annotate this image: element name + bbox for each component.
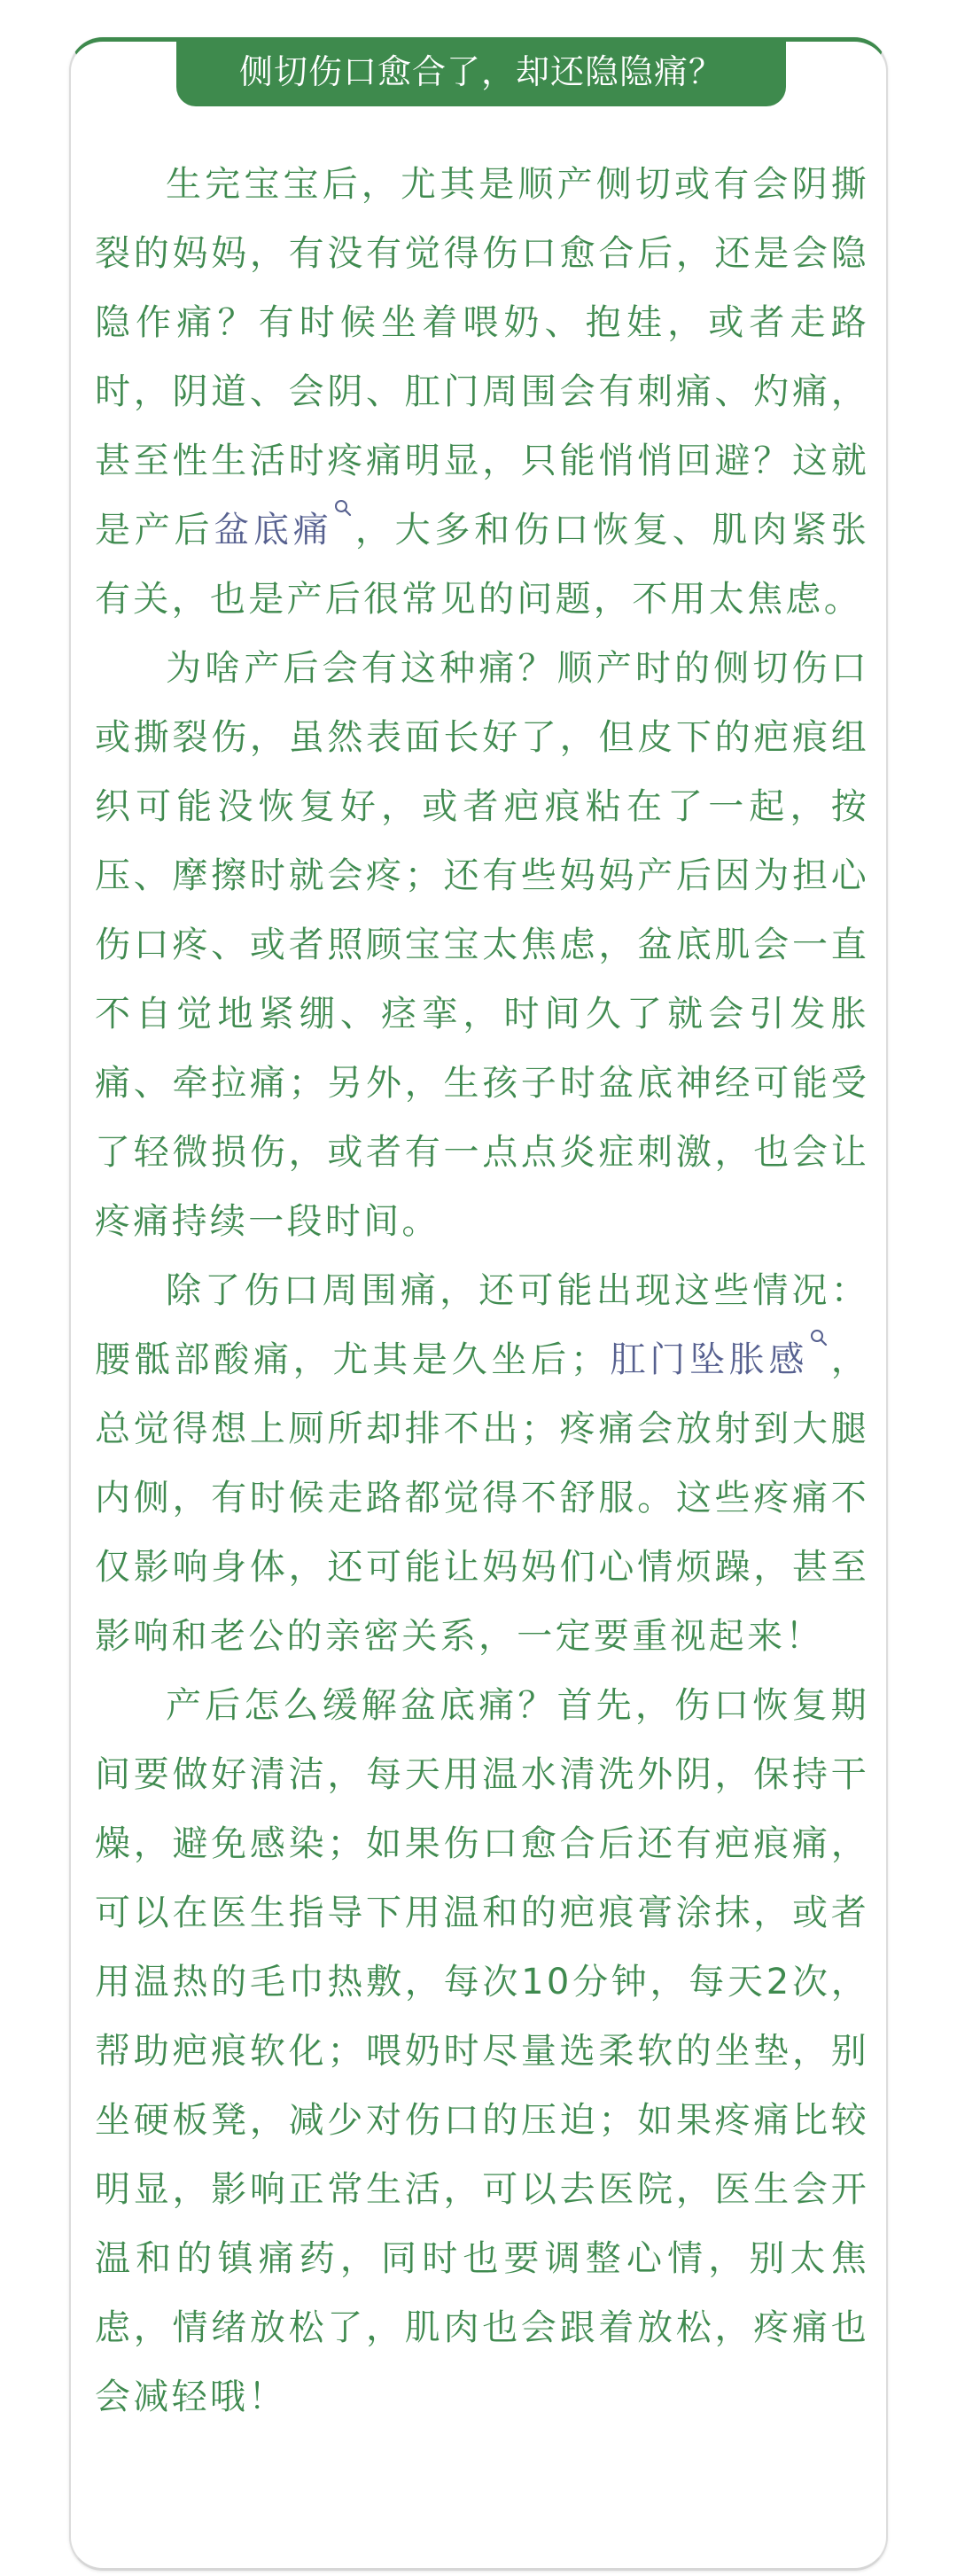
paragraph-4: 产后怎么缓解盆底痛？首先，伤口恢复期间要做好清洁，每天用温水清洗外阴，保持干燥，… — [95, 1671, 869, 2432]
paragraph-text: 产后怎么缓解盆底痛？首先，伤口恢复期间要做好清洁，每天用温水清洗外阴，保持干燥，… — [95, 1685, 869, 2417]
paragraph-text: 生完宝宝后，尤其是顺产侧切或有会阴撕裂的妈妈，有没有觉得伤口愈合后，还是会隐隐作… — [95, 164, 869, 550]
article-title: 侧切伤口愈合了，却还隐隐痛？ — [239, 55, 723, 89]
search-icon[interactable] — [810, 1325, 829, 1352]
paragraph-1: 生完宝宝后，尤其是顺产侧切或有会阴撕裂的妈妈，有没有觉得伤口愈合后，还是会隐隐作… — [95, 150, 869, 634]
search-icon[interactable] — [334, 496, 354, 522]
keyword-link-label[interactable]: 盆底痛 — [214, 510, 332, 550]
keyword-link-pelvic-floor-pain[interactable]: 盆底痛 — [214, 510, 354, 550]
paragraph-2: 为啥产后会有这种痛？顺产时的侧切伤口或撕裂伤，虽然表面长好了，但皮下的疤痕组织可… — [95, 634, 869, 1256]
keyword-link-anal-heaviness[interactable]: 肛门坠胀感 — [609, 1339, 829, 1380]
article-card: 侧切伤口愈合了，却还隐隐痛？ 生完宝宝后，尤其是顺产侧切或有会阴撕裂的妈妈，有没… — [69, 37, 888, 2571]
article-body: 生完宝宝后，尤其是顺产侧切或有会阴撕裂的妈妈，有没有觉得伤口愈合后，还是会隐隐作… — [95, 150, 869, 2432]
title-banner: 侧切伤口愈合了，却还隐隐痛？ — [176, 37, 786, 106]
paragraph-3: 除了伤口周围痛，还可能出现这些情况：腰骶部酸痛，尤其是久坐后；肛门坠胀感，总觉得… — [95, 1256, 869, 1671]
paragraph-text: 为啥产后会有这种痛？顺产时的侧切伤口或撕裂伤，虽然表面长好了，但皮下的疤痕组织可… — [95, 648, 869, 1242]
paragraph-text: ，总觉得想上厕所却排不出；疼痛会放射到大腿内侧，有时候走路都觉得不舒服。这些疼痛… — [95, 1339, 869, 1657]
keyword-link-label[interactable]: 肛门坠胀感 — [609, 1339, 808, 1380]
